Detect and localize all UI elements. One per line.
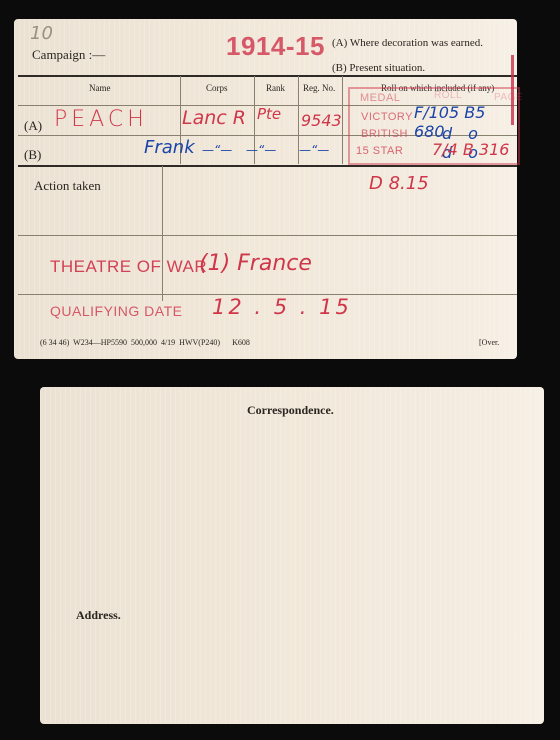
- qualifying-date-value: 12 . 5 . 15: [212, 295, 352, 319]
- theatre-of-war-label: THEATRE OF WAR: [50, 257, 207, 277]
- qualifying-date-label: QUALIFYING DATE: [50, 303, 182, 319]
- theatre-of-war-value: (1) France: [199, 251, 312, 276]
- action-divider: [162, 166, 163, 301]
- correspondence-label: Correspondence.: [247, 403, 334, 418]
- legend-a: (A) Where decoration was earned.: [332, 37, 483, 49]
- surname: PEACH: [54, 107, 148, 132]
- corner-pencil-note: 10: [30, 23, 53, 44]
- table-top-rule: [18, 75, 517, 77]
- medal-card-back: Correspondence. Address.: [40, 387, 544, 724]
- reg-no-ditto: —“—: [299, 143, 329, 157]
- action-taken-label: Action taken: [34, 178, 101, 194]
- header-reg-no: Reg. No.: [303, 83, 335, 93]
- header-corps: Corps: [206, 83, 228, 93]
- row-b-label: (B): [24, 147, 41, 163]
- printer-imprint: (6 34 46) W234—HP5590 500,000 4/19 HWV(P…: [40, 338, 250, 347]
- medal-card-front: 10 Campaign :— 1914-15 (A) Where decorat…: [14, 19, 517, 359]
- section-rule: [18, 235, 517, 236]
- reg-no-value: 9543: [301, 111, 342, 130]
- stamp-roll: ROLL: [434, 90, 462, 101]
- campaign-label: Campaign :—: [32, 47, 105, 63]
- table-bottom-rule: [18, 165, 517, 167]
- col-divider: [342, 76, 343, 164]
- rank-value: Pte: [257, 105, 281, 123]
- stamp-15-star: 15 STAR: [356, 145, 403, 157]
- forename: Frank: [144, 137, 195, 158]
- action-taken-value: D 8.15: [369, 173, 429, 194]
- corps-ditto: —“—: [202, 143, 232, 157]
- stamp-victory: VICTORY: [361, 111, 413, 123]
- legend-b: (B) Present situation.: [332, 62, 425, 74]
- over-note: [Over.: [479, 338, 499, 347]
- row-a-label: (A): [24, 118, 42, 134]
- header-name: Name: [89, 83, 111, 93]
- stamp-medal: MEDAL: [360, 92, 400, 104]
- rank-ditto: —“—: [246, 143, 276, 157]
- star-roll-ref: 7/4 B 316: [432, 140, 509, 159]
- stamp-british: BRITISH: [361, 128, 408, 140]
- stamp-page: PAGE: [494, 92, 523, 103]
- header-rank: Rank: [266, 83, 285, 93]
- corps-value: Lanc R: [182, 107, 246, 129]
- address-label: Address.: [76, 608, 121, 623]
- campaign-stamp: 1914-15: [226, 31, 325, 62]
